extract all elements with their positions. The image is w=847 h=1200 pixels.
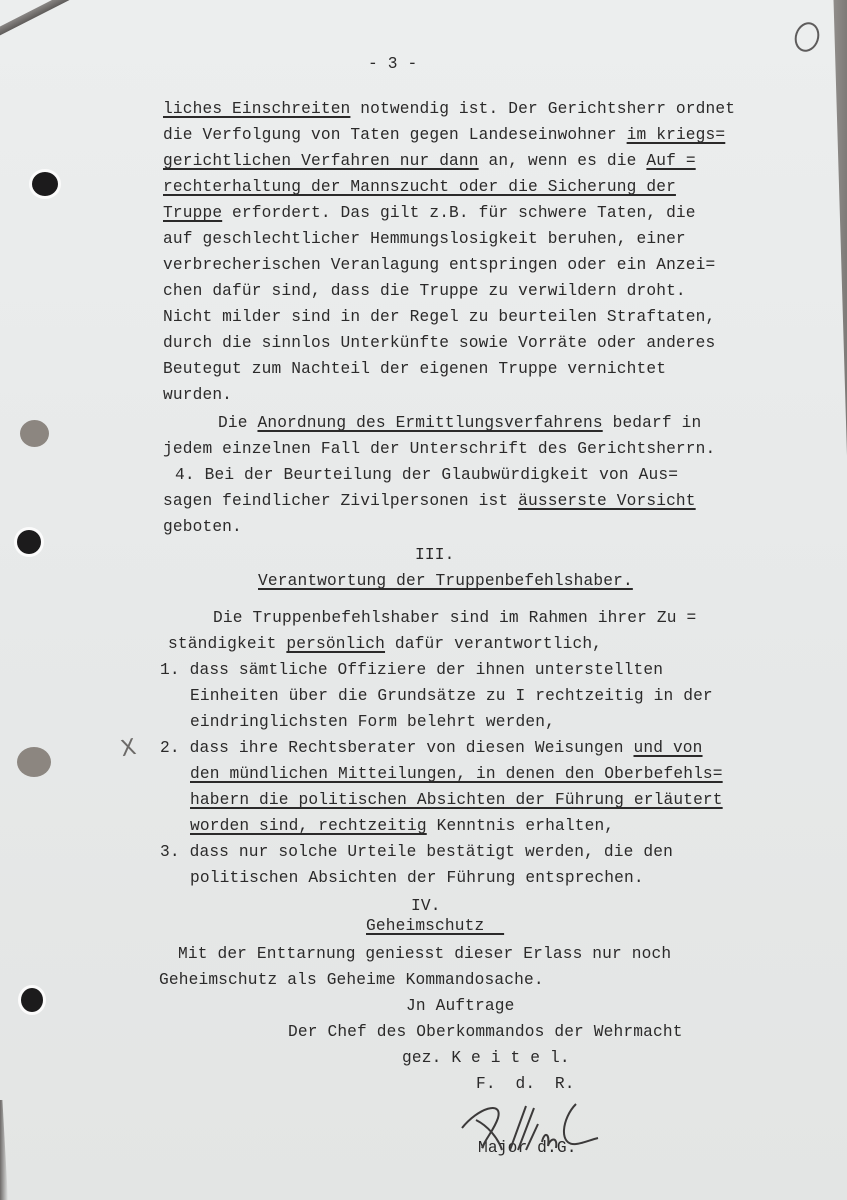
text-line: sagen feindlicher Zivilpersonen ist äuss…	[163, 493, 696, 509]
text-line: 2. dass ihre Rechtsberater von diesen We…	[160, 740, 703, 756]
text-span: gez. K e i t e l.	[402, 1049, 570, 1067]
text-line: wurden.	[163, 387, 232, 403]
text-span: ständigkeit	[168, 635, 286, 653]
text-span: Der Chef des Oberkommandos der Wehrmacht	[288, 1023, 683, 1041]
text-span: Geheimschutz als Geheime Kommandosache.	[159, 971, 544, 989]
text-line: habern die politischen Absichten der Füh…	[190, 792, 723, 808]
text-span: geboten.	[163, 518, 242, 536]
text-span: 2. dass ihre Rechtsberater von diesen We…	[160, 739, 633, 757]
underlined-text: persönlich	[286, 635, 385, 653]
underlined-text: im kriegs=	[627, 126, 726, 144]
text-span: bedarf in	[603, 414, 702, 432]
text-line: durch die sinnlos Unterkünfte sowie Vorr…	[163, 335, 715, 351]
text-line: liches Einschreiten notwendig ist. Der G…	[163, 101, 735, 117]
text-span: auf geschlechtlicher Hemmungslosigkeit b…	[163, 230, 686, 248]
underlined-text: den mündlichen Mitteilungen, in denen de…	[190, 765, 723, 783]
page-edge-shadow	[817, 0, 847, 1200]
handwritten-signature	[458, 1098, 608, 1158]
text-line: den mündlichen Mitteilungen, in denen de…	[190, 766, 723, 782]
corner-pencil-mark	[791, 19, 823, 55]
text-span: Beutegut zum Nachteil der eigenen Truppe…	[163, 360, 666, 378]
text-span: III.	[415, 546, 454, 564]
text-span: IV.	[411, 897, 441, 915]
text-line: Geheimschutz	[366, 918, 504, 934]
text-span: chen dafür sind, dass die Truppe zu verw…	[163, 282, 686, 300]
text-line: Truppe erfordert. Das gilt z.B. für schw…	[163, 205, 696, 221]
text-span: notwendig ist. Der Gerichtsherr ordnet	[350, 100, 735, 118]
text-line: Der Chef des Oberkommandos der Wehrmacht	[288, 1024, 683, 1040]
document-page: X - 3 - liches Einschreiten notwendig is…	[0, 0, 847, 1200]
underlined-text: worden sind, rechtzeitig	[190, 817, 427, 835]
text-line: F. d. R.	[476, 1076, 575, 1092]
text-line: Die Anordnung des Ermittlungsverfahrens …	[218, 415, 701, 431]
text-span: die Verfolgung von Taten gegen Landesein…	[163, 126, 627, 144]
text-span: jedem einzelnen Fall der Unterschrift de…	[163, 440, 715, 458]
text-line: 3. dass nur solche Urteile bestätigt wer…	[160, 844, 673, 860]
text-line: auf geschlechtlicher Hemmungslosigkeit b…	[163, 231, 686, 247]
text-span: Die Truppenbefehlshaber sind im Rahmen i…	[213, 609, 696, 627]
text-line: Verantwortung der Truppenbefehlshaber.	[258, 573, 633, 589]
text-line: Mit der Enttarnung geniesst dieser Erlas…	[178, 946, 671, 962]
text-line: rechterhaltung der Mannszucht oder die S…	[163, 179, 676, 195]
text-line: IV.	[411, 898, 441, 914]
underlined-text: Verantwortung der Truppenbefehlshaber.	[258, 572, 633, 590]
underlined-text: und von	[633, 739, 702, 757]
text-line: gerichtlichen Verfahren nur dann an, wen…	[163, 153, 696, 169]
text-span: an, wenn es die	[479, 152, 647, 170]
text-span: Nicht milder sind in der Regel zu beurte…	[163, 308, 715, 326]
text-line: jedem einzelnen Fall der Unterschrift de…	[163, 441, 715, 457]
text-span: 1. dass sämtliche Offiziere der ihnen un…	[160, 661, 663, 679]
underlined-text: äusserste Vorsicht	[518, 492, 696, 510]
text-line: eindringlichsten Form belehrt werden,	[190, 714, 555, 730]
text-line: ständigkeit persönlich dafür verantwortl…	[168, 636, 602, 652]
text-span: Jn Auftrage	[406, 997, 515, 1015]
punch-hole	[17, 747, 51, 777]
text-span: F. d. R.	[476, 1075, 575, 1093]
punch-hole	[32, 172, 58, 196]
text-line: Geheimschutz als Geheime Kommandosache.	[159, 972, 544, 988]
staple-mark	[0, 0, 107, 38]
text-span: eindringlichsten Form belehrt werden,	[190, 713, 555, 731]
underlined-text: Geheimschutz	[366, 917, 504, 935]
text-span: erfordert. Das gilt z.B. für schwere Tat…	[222, 204, 695, 222]
text-line: gez. K e i t e l.	[402, 1050, 570, 1066]
text-line: 1. dass sämtliche Offiziere der ihnen un…	[160, 662, 663, 678]
page-number: - 3 -	[368, 56, 417, 72]
text-line: 4. Bei der Beurteilung der Glaubwürdigke…	[175, 467, 678, 483]
text-span: Die	[218, 414, 257, 432]
text-line: geboten.	[163, 519, 242, 535]
text-line: III.	[415, 547, 454, 563]
text-line: die Verfolgung von Taten gegen Landesein…	[163, 127, 725, 143]
underlined-text: Anordnung des Ermittlungsverfahrens	[257, 414, 602, 432]
margin-x-mark: X	[119, 737, 138, 761]
text-span: Einheiten über die Grundsätze zu I recht…	[190, 687, 713, 705]
underlined-text: habern die politischen Absichten der Füh…	[190, 791, 723, 809]
text-line: Die Truppenbefehlshaber sind im Rahmen i…	[213, 610, 696, 626]
underlined-text: gerichtlichen Verfahren nur dann	[163, 152, 479, 170]
text-span: Mit der Enttarnung geniesst dieser Erlas…	[178, 945, 671, 963]
underlined-text: liches Einschreiten	[163, 100, 350, 118]
text-span: 4. Bei der Beurteilung der Glaubwürdigke…	[175, 466, 678, 484]
text-span: politischen Absichten der Führung entspr…	[190, 869, 644, 887]
text-span: verbrecherischen Veranlagung entspringen…	[163, 256, 715, 274]
text-line: worden sind, rechtzeitig Kenntnis erhalt…	[190, 818, 614, 834]
text-span: Kenntnis erhalten,	[427, 817, 614, 835]
punch-hole	[21, 988, 43, 1012]
underlined-text: rechterhaltung der Mannszucht oder die S…	[163, 178, 676, 196]
text-line: chen dafür sind, dass die Truppe zu verw…	[163, 283, 686, 299]
text-span: dafür verantwortlich,	[385, 635, 602, 653]
text-span: durch die sinnlos Unterkünfte sowie Vorr…	[163, 334, 715, 352]
punch-hole	[17, 530, 41, 554]
underlined-text: Truppe	[163, 204, 222, 222]
underlined-text: Auf =	[646, 152, 695, 170]
text-line: Einheiten über die Grundsätze zu I recht…	[190, 688, 713, 704]
text-span: wurden.	[163, 386, 232, 404]
text-span: sagen feindlicher Zivilpersonen ist	[163, 492, 518, 510]
page-edge-shadow-left	[0, 1100, 8, 1200]
text-line: verbrecherischen Veranlagung entspringen…	[163, 257, 715, 273]
text-line: politischen Absichten der Führung entspr…	[190, 870, 644, 886]
text-line: Nicht milder sind in der Regel zu beurte…	[163, 309, 715, 325]
text-span: 3. dass nur solche Urteile bestätigt wer…	[160, 843, 673, 861]
text-line: Beutegut zum Nachteil der eigenen Truppe…	[163, 361, 666, 377]
punch-hole	[20, 420, 49, 447]
text-line: Jn Auftrage	[406, 998, 515, 1014]
